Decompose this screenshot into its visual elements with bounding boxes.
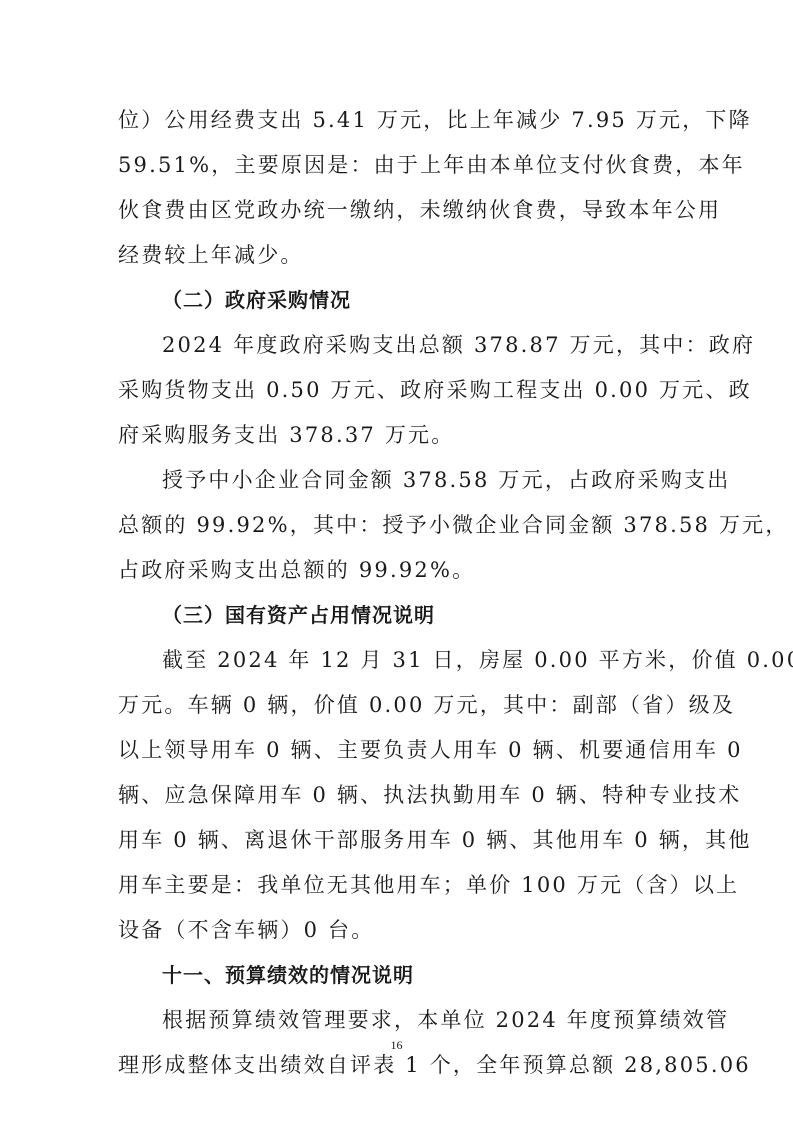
text-line: 府采购服务支出 378.37 万元。 <box>118 413 678 458</box>
text-line: 总额的 99.92%，其中：授予小微企业合同金额 378.58 万元， <box>118 503 678 548</box>
page-number: 16 <box>0 1038 793 1053</box>
paragraph-sme-contracts: 授予中小企业合同金额 378.58 万元，占政府采购支出 总额的 99.92%，… <box>118 458 678 593</box>
paragraph-procurement-total: 2024 年度政府采购支出总额 378.87 万元，其中：政府 采购货物支出 0… <box>118 323 678 458</box>
paragraph-public-expense: 位）公用经费支出 5.41 万元，比上年减少 7.95 万元，下降 59.51%… <box>118 98 678 278</box>
text-line: 59.51%，主要原因是：由于上年由本单位支付伙食费，本年 <box>118 143 678 188</box>
section-heading-performance: 十一、预算绩效的情况说明 <box>118 953 678 998</box>
text-line: 用车 0 辆、离退休干部服务用车 0 辆、其他用车 0 辆，其他 <box>118 818 678 863</box>
text-line: 2024 年度政府采购支出总额 378.87 万元，其中：政府 <box>118 323 678 368</box>
section-heading-state-assets: （三）国有资产占用情况说明 <box>118 593 678 638</box>
page-body: 位）公用经费支出 5.41 万元，比上年减少 7.95 万元，下降 59.51%… <box>118 98 678 1088</box>
text-line: 采购货物支出 0.50 万元、政府采购工程支出 0.00 万元、政 <box>118 368 678 413</box>
document-page: 位）公用经费支出 5.41 万元，比上年减少 7.95 万元，下降 59.51%… <box>0 0 793 1122</box>
text-line: 伙食费由区党政办统一缴纳，未缴纳伙食费，导致本年公用 <box>118 188 678 233</box>
text-line: 以上领导用车 0 辆、主要负责人用车 0 辆、机要通信用车 0 <box>118 728 678 773</box>
text-line: 占政府采购支出总额的 99.92%。 <box>118 548 678 593</box>
paragraph-state-assets: 截至 2024 年 12 月 31 日，房屋 0.00 平方米，价值 0.00 … <box>118 638 678 953</box>
section-heading-procurement: （二）政府采购情况 <box>118 278 678 323</box>
text-line: 万元。车辆 0 辆，价值 0.00 万元，其中：副部（省）级及 <box>118 683 678 728</box>
text-line: 用车主要是：我单位无其他用车；单价 100 万元（含）以上 <box>118 863 678 908</box>
text-line: 授予中小企业合同金额 378.58 万元，占政府采购支出 <box>118 458 678 503</box>
text-line: 截至 2024 年 12 月 31 日，房屋 0.00 平方米，价值 0.00 <box>118 638 678 683</box>
text-line: 经费较上年减少。 <box>118 233 678 278</box>
text-line: 设备（不含车辆）0 台。 <box>118 908 678 953</box>
text-line: 根据预算绩效管理要求，本单位 2024 年度预算绩效管 <box>118 998 678 1043</box>
text-line: 位）公用经费支出 5.41 万元，比上年减少 7.95 万元，下降 <box>118 98 678 143</box>
text-line: 辆、应急保障用车 0 辆、执法执勤用车 0 辆、特种专业技术 <box>118 773 678 818</box>
